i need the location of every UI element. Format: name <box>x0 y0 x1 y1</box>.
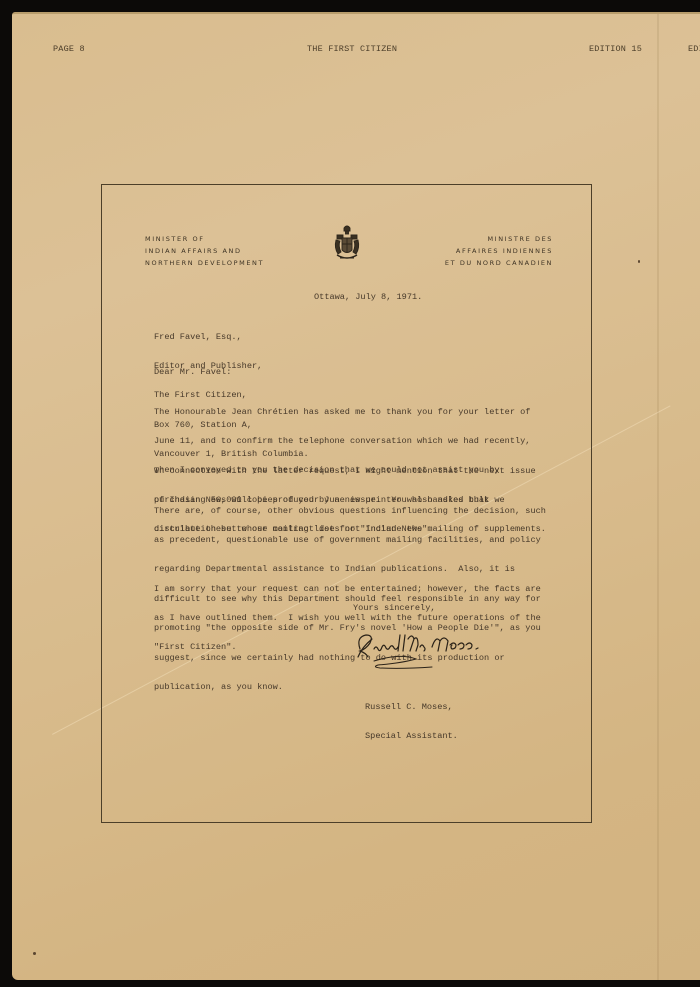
text-line: I am sorry that your request can not be … <box>154 585 541 595</box>
paper-blemish <box>638 260 640 263</box>
letterhead-french: MINISTRE DES AFFAIRES INDIENNES ET DU NO… <box>445 233 553 269</box>
letterhead-line: NORTHERN DEVELOPMENT <box>145 257 264 269</box>
paper-blemish <box>33 952 36 955</box>
text-line: The Honourable Jean Chrétien has asked m… <box>154 408 530 418</box>
complimentary-close: Yours sincerely, <box>353 604 436 614</box>
signatory-title: Special Assistant. <box>365 732 458 742</box>
fold-crease <box>657 14 659 980</box>
canada-coat-of-arms-icon <box>333 224 361 264</box>
letterhead-english: MINISTER OF INDIAN AFFAIRS AND NORTHERN … <box>145 233 264 269</box>
letterhead-line: INDIAN AFFAIRS AND <box>145 245 264 257</box>
letterhead-line: AFFAIRES INDIENNES <box>445 245 553 257</box>
letterhead-line: MINISTRE DES <box>445 233 553 245</box>
adjacent-page-edition-fragment: EDI <box>688 44 700 54</box>
text-line: publication, as you know. <box>154 683 546 693</box>
edition-label: EDITION 15 <box>589 44 642 54</box>
text-line: June 11, and to confirm the telephone co… <box>154 437 530 447</box>
letter-frame: MINISTER OF INDIAN AFFAIRS AND NORTHERN … <box>101 184 592 823</box>
signatory-block: Russell C. Moses, Special Assistant. <box>365 683 458 761</box>
page-number: PAGE 8 <box>53 44 85 54</box>
text-line: In connection with the latter request, I… <box>154 467 546 477</box>
letter-date: Ottawa, July 8, 1971. <box>314 293 422 303</box>
letterhead-line: ET DU NORD CANADIEN <box>445 257 553 269</box>
text-line: as precedent, questionable use of govern… <box>154 536 546 546</box>
text-line: as I have outlined them. I wish you well… <box>154 614 541 624</box>
signatory-name: Russell C. Moses, <box>365 703 458 713</box>
text-line: There are, of course, other obvious ques… <box>154 507 546 517</box>
publication-title: THE FIRST CITIZEN <box>307 44 397 54</box>
letterhead-line: MINISTER OF <box>145 233 264 245</box>
handwritten-signature <box>352 627 502 677</box>
address-line: Fred Favel, Esq., <box>154 333 309 343</box>
newspaper-page: PAGE 8 THE FIRST CITIZEN EDITION 15 EDI … <box>12 12 700 980</box>
salutation: Dear Mr. Favel: <box>154 368 231 378</box>
